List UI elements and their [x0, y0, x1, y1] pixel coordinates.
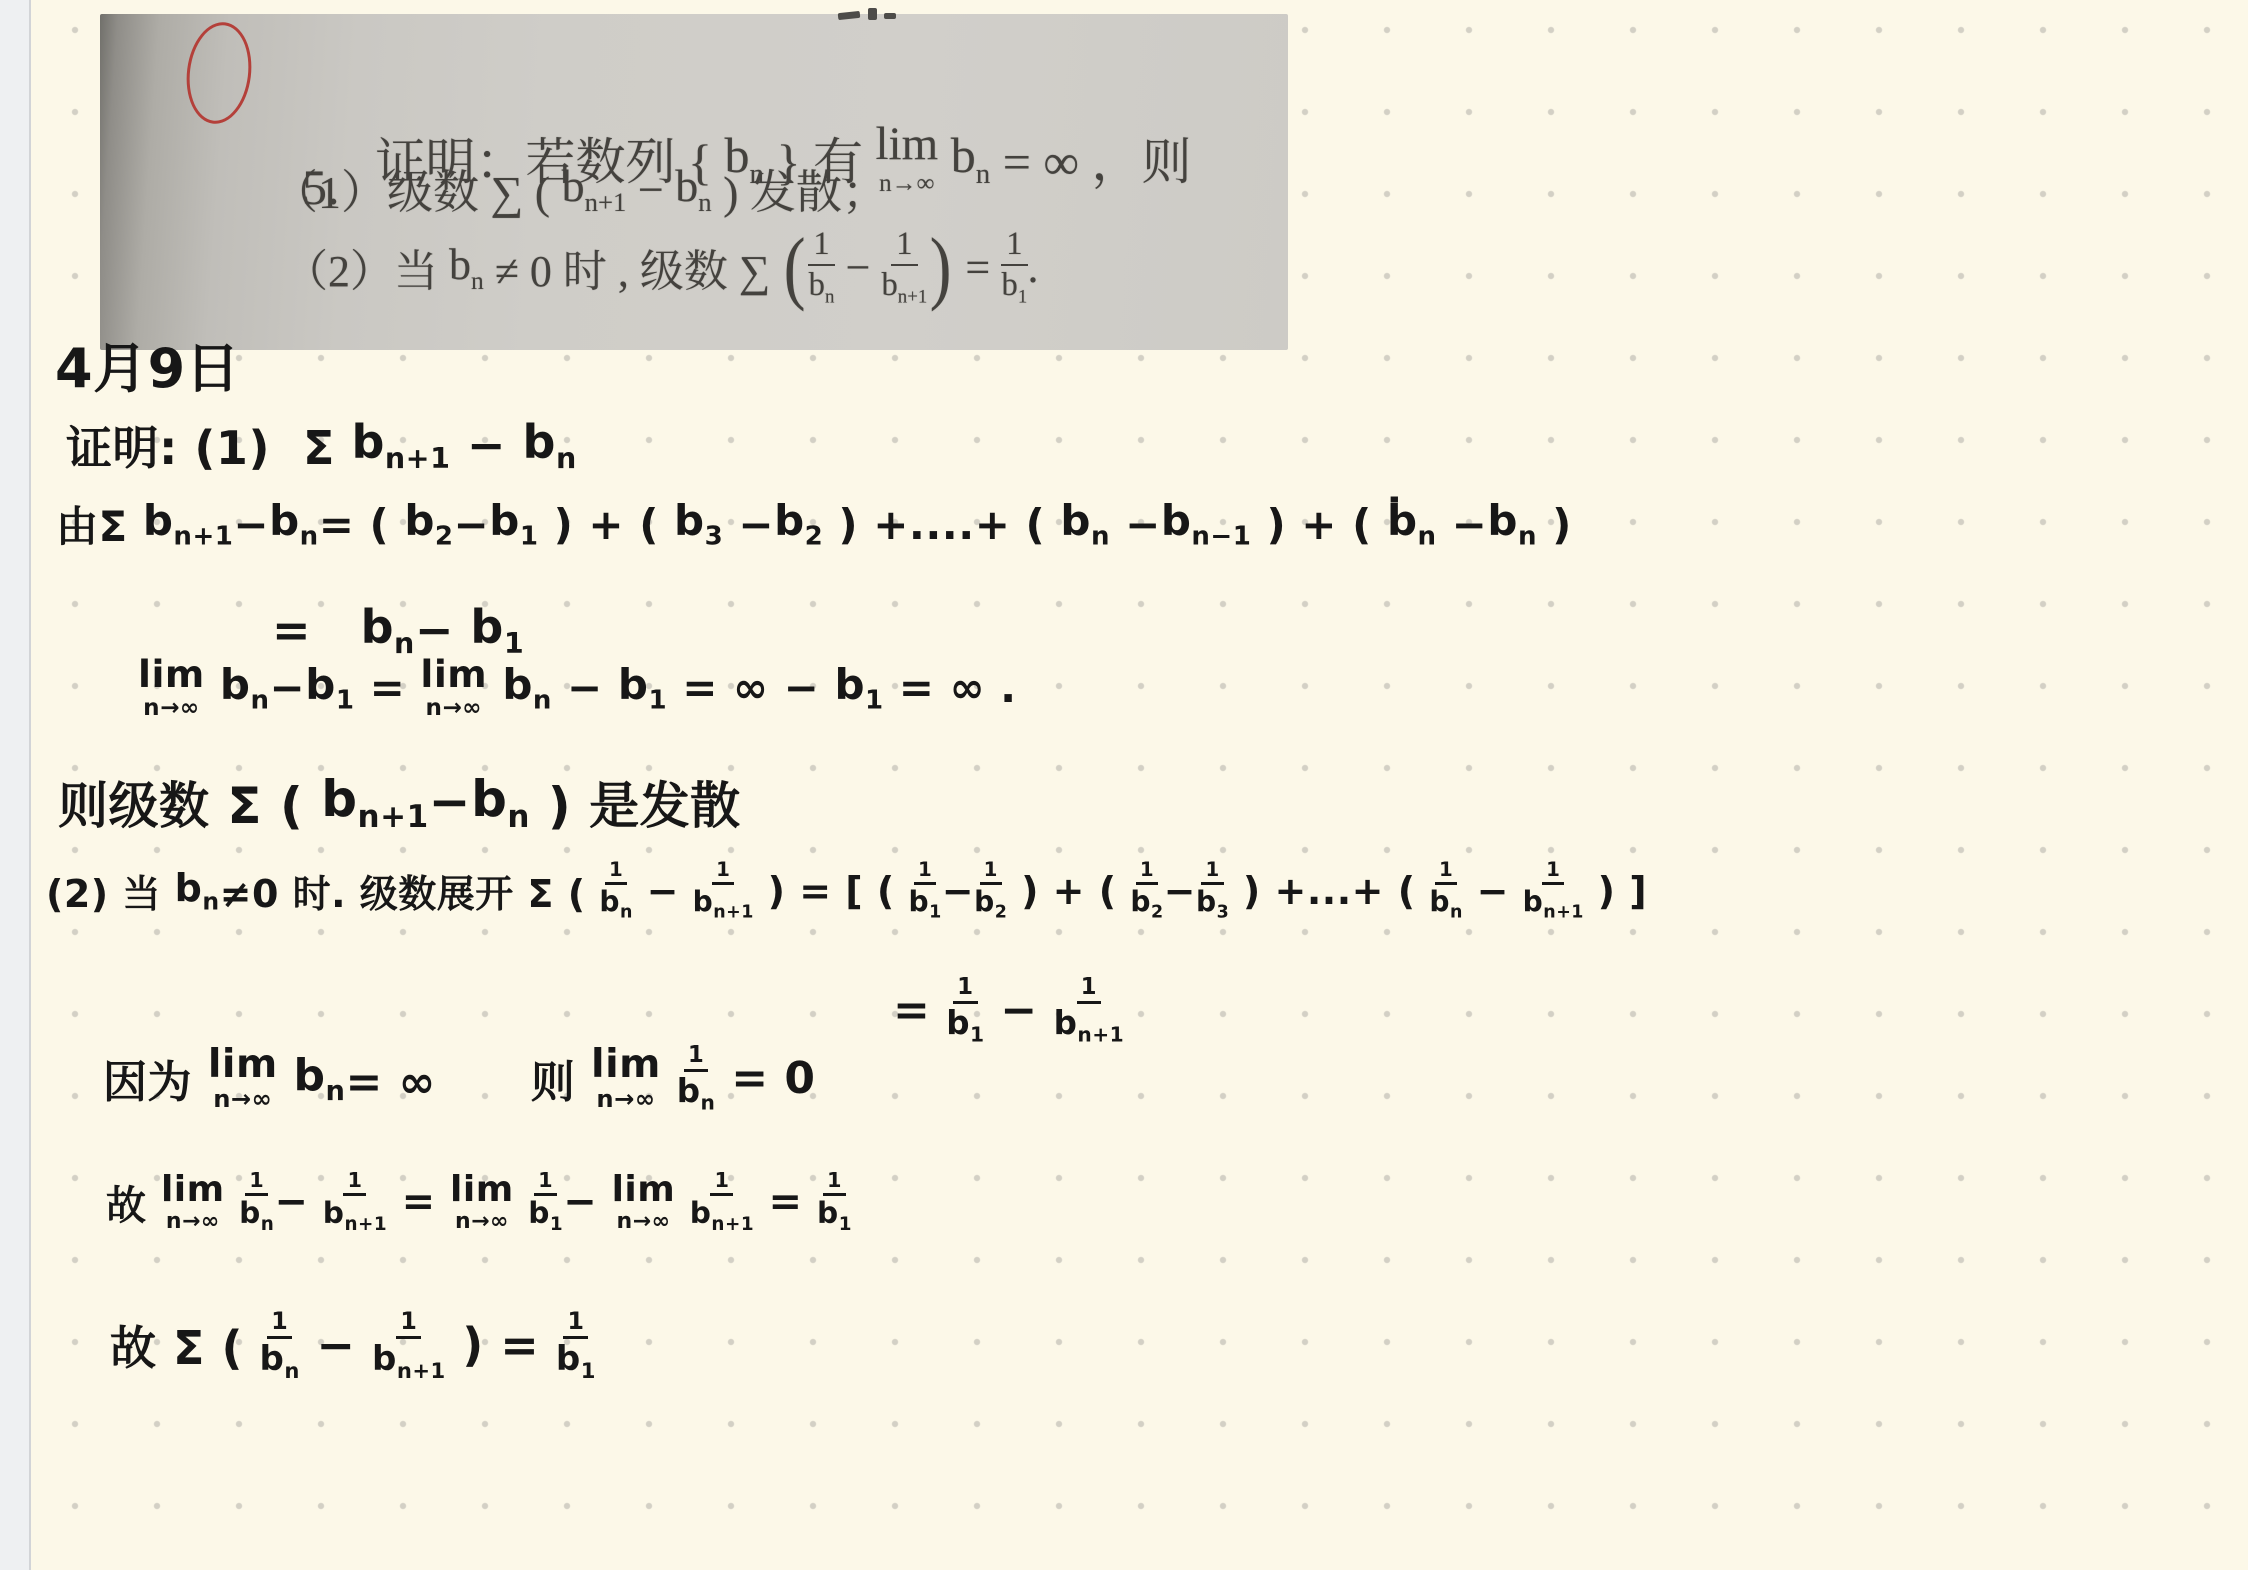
math-text: = [954, 242, 1001, 293]
math-text: − [723, 500, 774, 549]
math-text: − [454, 500, 490, 549]
fraction: 1b2 [1130, 860, 1163, 922]
math-text: − [270, 663, 306, 712]
math-text: = [387, 1179, 450, 1225]
math-text: − [552, 663, 618, 712]
math-text: ) + ( [538, 500, 674, 549]
fraction: 1bn+1 [372, 1310, 446, 1381]
fraction: 1bn+1 [323, 1170, 387, 1234]
math-text: − [274, 1179, 322, 1225]
limit-operator: limn→∞ [161, 1172, 225, 1233]
math-text: = [272, 603, 361, 657]
math-text: − [626, 163, 675, 216]
subscripted-variable: bn [361, 600, 415, 660]
hw-series-expansion: 由Σ bn+1−bn= ( b2−b1 ) + ( b3 −b2 ) +....… [56, 494, 1572, 554]
math-text: ) = [ ( [754, 869, 909, 913]
math-text [675, 1179, 689, 1225]
subscripted-variable: bn [1060, 496, 1110, 551]
fraction: 1bn+1 [693, 860, 754, 922]
fraction: 1bn [599, 860, 633, 922]
math-text: 因为 [103, 1046, 208, 1110]
math-text: ) [1537, 500, 1572, 549]
hw-limit-line: limn→∞ bn−b1 = limn→∞ bn − b1 = ∞ − b1 =… [138, 656, 1017, 720]
limit-operator: limn→∞ [208, 1045, 278, 1112]
printed-line-3-series-sum: （2）当 bn ≠ 0 时 , 级数 ∑ (1bn − 1bn+1) = 1b1… [284, 228, 1039, 307]
math-text: − [233, 500, 269, 549]
math-text: ≠ 0 时 , 级数 ∑ [484, 235, 782, 299]
math-text: − [1164, 869, 1196, 913]
math-text: − [563, 1179, 611, 1225]
math-text [938, 129, 951, 187]
math-text [225, 1179, 239, 1225]
subscripted-variable: bn+1 [351, 415, 450, 475]
subscripted-variable: b3 [674, 496, 723, 551]
math-text: = ∞ 则 [345, 1046, 591, 1110]
fraction: 1bn [808, 228, 834, 307]
fraction: 1b1 [556, 1310, 596, 1381]
subscripted-variable: bn−1 [1161, 496, 1252, 551]
fraction: 1b1 [946, 976, 984, 1045]
math-text [487, 663, 502, 712]
fraction: 1b1 [909, 860, 942, 922]
subscripted-variable: bn [269, 496, 319, 551]
math-text: − [942, 869, 974, 913]
subscripted-variable: bn [1487, 496, 1537, 551]
textbook-photo[interactable]: 5. 证明：若数列 { bn } 有 limn→∞ bn = ∞ ，则 （1）级… [100, 14, 1288, 350]
math-text: = 0 [715, 1053, 815, 1104]
math-text: ) = [446, 1318, 556, 1372]
subscripted-variable: b1 [489, 496, 538, 551]
fraction: 1b1 [528, 1170, 563, 1234]
math-text: ≠0 时. 级数展开 Σ ( [220, 863, 600, 918]
subscripted-variable: b2 [404, 496, 453, 551]
fraction: 1b1 [1001, 228, 1027, 307]
math-text: ) 发散； [712, 156, 888, 222]
math-text: − [985, 985, 1054, 1036]
math-text: ) +....+ ( [823, 500, 1060, 549]
fraction: 1bn [239, 1170, 274, 1234]
hw-conclusion-part1: 则级数 Σ ( bn+1−bn ) 是发散 [58, 766, 741, 838]
math-text: ) + ( [1007, 869, 1130, 913]
math-text: . [1028, 242, 1039, 293]
printed-line-2-series-divergent: （1）级数 ∑ ( bn+1 − bn ) 发散； [272, 156, 888, 222]
math-text: − [633, 869, 693, 913]
math-text: = ∞ ，则 [990, 122, 1191, 194]
fraction: 1bn+1 [882, 228, 928, 307]
math-text: 证明: (1) Σ [66, 412, 351, 478]
subscripted-variable: bn+1 [562, 159, 627, 218]
math-text [661, 1053, 677, 1104]
fraction: 1bn+1 [690, 1170, 754, 1234]
math-text: （2）当 [284, 235, 449, 299]
math-text [514, 1179, 528, 1225]
hw-proof1-header: 证明: (1) Σ bn+1 − bn [66, 412, 577, 478]
subscripted-variable: bn [449, 239, 484, 296]
subscripted-variable: b1 [618, 660, 667, 715]
math-text: − [429, 773, 471, 831]
subscripted-variable: bn [502, 660, 552, 715]
red-circle-annotation [181, 18, 257, 127]
math-text: (2) 当 [46, 863, 175, 918]
math-text: − [450, 418, 522, 472]
photo-cropped-text-fragment [836, 4, 900, 22]
math-text: ) + ( [1251, 500, 1387, 549]
hw-conclusion-part2: 故 Σ ( 1bn − 1bn+1 ) = 1b1 [110, 1310, 596, 1381]
math-text [205, 663, 220, 712]
hw-because-limits: 因为 limn→∞ bn= ∞ 则 limn→∞ 1bn = 0 [103, 1044, 816, 1113]
subscripted-variable: bn [471, 770, 530, 835]
math-text: − [1463, 869, 1523, 913]
fraction: 1bn+1 [1054, 976, 1125, 1045]
math-text: − [415, 603, 471, 657]
math-text: = ∞ − [667, 663, 834, 712]
subscripted-variable: bn+1 [143, 496, 234, 551]
fraction: 1bn [677, 1044, 716, 1113]
math-text: 故 Σ ( [110, 1312, 260, 1378]
limit-operator: limn→∞ [420, 656, 487, 720]
limit-operator: limn→∞ [591, 1045, 661, 1112]
subscripted-variable: b2 [774, 496, 823, 551]
limit-operator: limn→∞ [138, 656, 205, 720]
fraction: 1bn [260, 1310, 300, 1381]
subscripted-variable: bn+1 [321, 770, 428, 835]
math-text: − [300, 1318, 372, 1372]
math-text: = [354, 663, 420, 712]
math-text: = ( [319, 500, 405, 549]
subscripted-variable: bn [675, 159, 711, 218]
subscripted-variable: bn [951, 126, 991, 191]
subscripted-variable: bn [523, 415, 577, 475]
fraction: 1b1 [817, 1170, 852, 1234]
math-text: = [754, 1179, 817, 1225]
subscripted-variable: bn [175, 866, 220, 916]
subscripted-variable: ḃn [1387, 496, 1437, 551]
math-text: ) ] [1584, 869, 1647, 913]
fraction: 1bn [1429, 860, 1463, 922]
math-text: − [1437, 500, 1488, 549]
fraction: 1b3 [1196, 860, 1229, 922]
fraction: 1bn+1 [1523, 860, 1584, 922]
fraction: 1b2 [974, 860, 1007, 922]
handwriting-date: 4月9日 [55, 326, 240, 403]
math-text: − [835, 242, 882, 293]
math-text: = ∞ . [884, 663, 1017, 712]
math-text: 由Σ [56, 494, 143, 554]
math-text: ) +...+ ( [1229, 869, 1429, 913]
subscripted-variable: b1 [305, 660, 354, 715]
limit-operator: limn→∞ [612, 1172, 676, 1233]
math-text: 故 [106, 1174, 161, 1231]
math-text: − [1110, 500, 1161, 549]
math-text: （1）级数 ∑ ( [272, 156, 562, 222]
math-text: = [893, 985, 946, 1036]
hw-part2-expansion: (2) 当 bn≠0 时. 级数展开 Σ ( 1bn − 1bn+1 ) = [… [46, 860, 1647, 922]
subscripted-variable: bn [294, 1050, 346, 1107]
math-text [278, 1053, 294, 1104]
note-page-canvas: 5. 证明：若数列 { bn } 有 limn→∞ bn = ∞ ，则 （1）级… [0, 0, 2248, 1570]
limit-operator: limn→∞ [450, 1172, 514, 1233]
math-text: 则级数 Σ ( [58, 766, 321, 838]
left-margin-strip [0, 0, 31, 1570]
subscripted-variable: b1 [834, 660, 883, 715]
hw-therefore-limit: 故 limn→∞ 1bn− 1bn+1 = limn→∞ 1b1− limn→∞… [106, 1170, 852, 1234]
math-text: ) 是发散 [530, 766, 741, 838]
subscripted-variable: bn [220, 660, 270, 715]
hw-telescoped-result: = 1b1 − 1bn+1 [893, 976, 1124, 1045]
